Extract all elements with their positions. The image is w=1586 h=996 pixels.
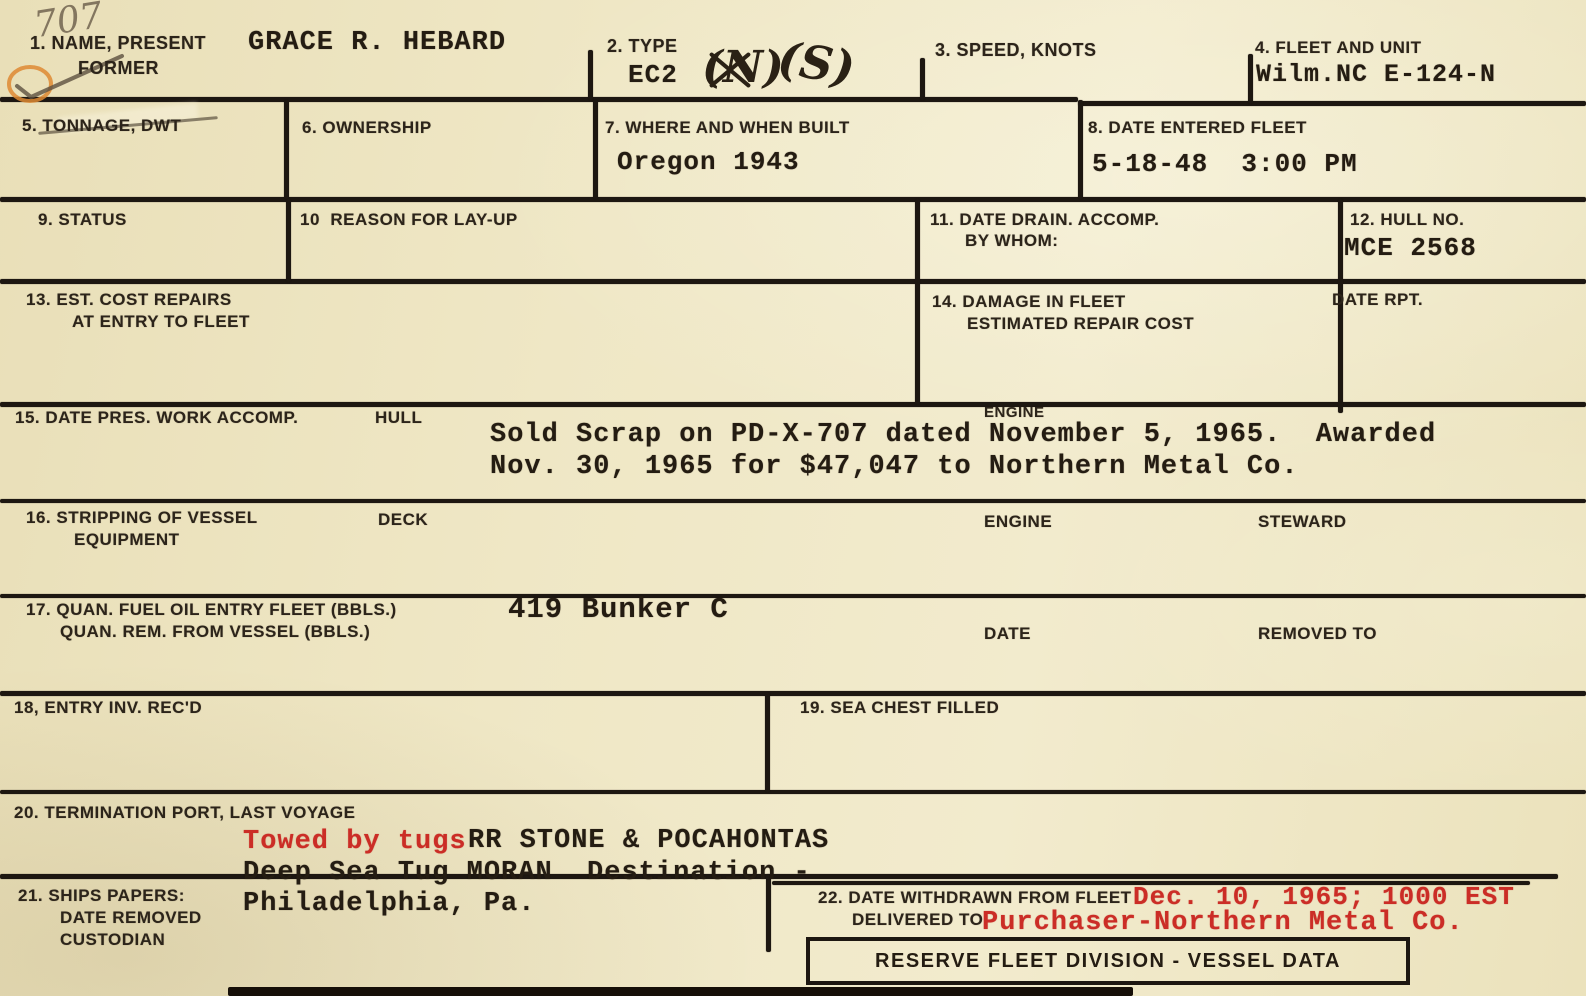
field-7-value: Oregon 1943 [617, 147, 800, 177]
grid-line-vertical [284, 100, 289, 199]
grid-line-vertical [915, 199, 920, 404]
field-20-label: 20. TERMINATION PORT, LAST VOYAGE [14, 803, 355, 823]
field-1-sublabel: FORMER [78, 58, 159, 79]
grid-line-vertical [1078, 100, 1083, 199]
field-21-sublabel-custodian: CUSTODIAN [60, 930, 165, 950]
field-7-label: 7. WHERE AND WHEN BUILT [605, 118, 850, 138]
field-5-label: 5. TONNAGE, DWT [22, 116, 181, 136]
grid-line-horizontal [0, 594, 1586, 598]
grid-line-horizontal [0, 790, 1586, 794]
field-20-towed-by-value: Towed by tugs [243, 827, 467, 857]
field-13-label: 13. EST. COST REPAIRS [26, 290, 232, 310]
field-22-delivered-to-value: Purchaser-Northern Metal Co. [982, 908, 1464, 938]
grid-line-horizontal [0, 499, 1586, 503]
field-16-engine-column-label: ENGINE [984, 512, 1052, 532]
field-1-value: GRACE R. HEBARD [248, 28, 506, 58]
type-handwritten-value: (S) [775, 31, 859, 95]
grid-line-vertical [593, 100, 598, 199]
field-17-removed-to-column-label: REMOVED TO [1258, 624, 1377, 644]
field-16-label: 16. STRIPPING OF VESSEL [26, 508, 258, 528]
field-8-label: 8. DATE ENTERED FLEET [1088, 118, 1307, 138]
field-1-label: 1. NAME, PRESENT [30, 33, 206, 54]
grid-line-horizontal [1078, 101, 1586, 106]
field-16-deck-column-label: DECK [378, 510, 428, 530]
grid-line-horizontal [0, 197, 1586, 202]
grid-line-vertical [286, 199, 291, 282]
field-13-sublabel: AT ENTRY TO FLEET [72, 312, 250, 332]
date-rpt-label: DATE RPT. [1332, 290, 1423, 310]
field-17-label: 17. QUAN. FUEL OIL ENTRY FLEET (BBLS.) [26, 600, 397, 620]
field-4-label: 4. FLEET AND UNIT [1255, 38, 1422, 58]
grid-line-horizontal [0, 402, 1586, 407]
field-15-engine-column-label: ENGINE [984, 404, 1045, 421]
grid-line-vertical [920, 58, 925, 100]
field-20-value-line2: Deep Sea Tug MORAN Destination - [243, 858, 811, 888]
field-16-sublabel: EQUIPMENT [74, 530, 180, 550]
field-14-sublabel: ESTIMATED REPAIR COST [967, 314, 1194, 334]
grid-line-horizontal [0, 97, 1078, 102]
field-2-label: 2. TYPE [607, 36, 678, 57]
field-19-label: 19. SEA CHEST FILLED [800, 698, 999, 718]
field-2-value: EC2 [628, 60, 678, 90]
footer-title: RESERVE FLEET DIVISION - VESSEL DATA [875, 950, 1341, 973]
field-11-label: 11. DATE DRAIN. ACCOMP. [930, 210, 1159, 230]
field-18-label: 18, ENTRY INV. REC'D [14, 698, 202, 718]
field-4-value: Wilm.NC E-124-N [1256, 60, 1496, 89]
field-6-label: 6. OWNERSHIP [302, 118, 432, 138]
field-22-delivered-to-sublabel: DELIVERED TO [852, 910, 983, 930]
field-12-label: 12. HULL NO. [1350, 210, 1464, 230]
field-15-note-line2: Nov. 30, 1965 for $47,047 to Northern Me… [490, 452, 1299, 482]
field-21-value: Philadelphia, Pa. [243, 889, 535, 919]
field-17-date-column-label: DATE [984, 624, 1031, 644]
field-21-sublabel-date-removed: DATE REMOVED [60, 908, 202, 928]
field-16-steward-column-label: STEWARD [1258, 512, 1347, 532]
vessel-data-card: 707 (N) (S) 1. NAME, PRESENT FORMER GRAC… [0, 0, 1586, 996]
field-22-label: 22. DATE WITHDRAWN FROM FLEET [818, 888, 1132, 908]
field-20-tugs-value: RR STONE & POCAHONTAS [468, 826, 829, 856]
field-15-note-line1: Sold Scrap on PD-X-707 dated November 5,… [490, 420, 1436, 450]
field-9-label: 9. STATUS [38, 210, 127, 230]
field-8-value: 5-18-48 3:00 PM [1092, 149, 1358, 179]
grid-line-vertical [765, 693, 770, 792]
grid-line-horizontal [0, 279, 1586, 284]
grid-line-horizontal [0, 691, 1586, 696]
field-12-value: MCE 2568 [1344, 233, 1477, 263]
grid-line-vertical [588, 50, 593, 100]
field-3-label: 3. SPEED, KNOTS [935, 40, 1097, 61]
field-15-hull-column-label: HULL [375, 408, 422, 428]
scan-edge-strip [228, 987, 1133, 996]
field-17-sublabel: QUAN. REM. FROM VESSEL (BBLS.) [60, 622, 370, 642]
field-17-value: 419 Bunker C [508, 593, 729, 626]
grid-line-vertical [1248, 54, 1253, 104]
field-15-label: 15. DATE PRES. WORK ACCOMP. [15, 408, 298, 428]
footer-title-box: RESERVE FLEET DIVISION - VESSEL DATA [806, 937, 1410, 985]
field-21-label: 21. SHIPS PAPERS: [18, 886, 185, 906]
field-10-label: 10 REASON FOR LAY-UP [300, 210, 518, 230]
field-11-sublabel: BY WHOM: [965, 231, 1058, 251]
field-14-label: 14. DAMAGE IN FLEET [932, 292, 1126, 312]
